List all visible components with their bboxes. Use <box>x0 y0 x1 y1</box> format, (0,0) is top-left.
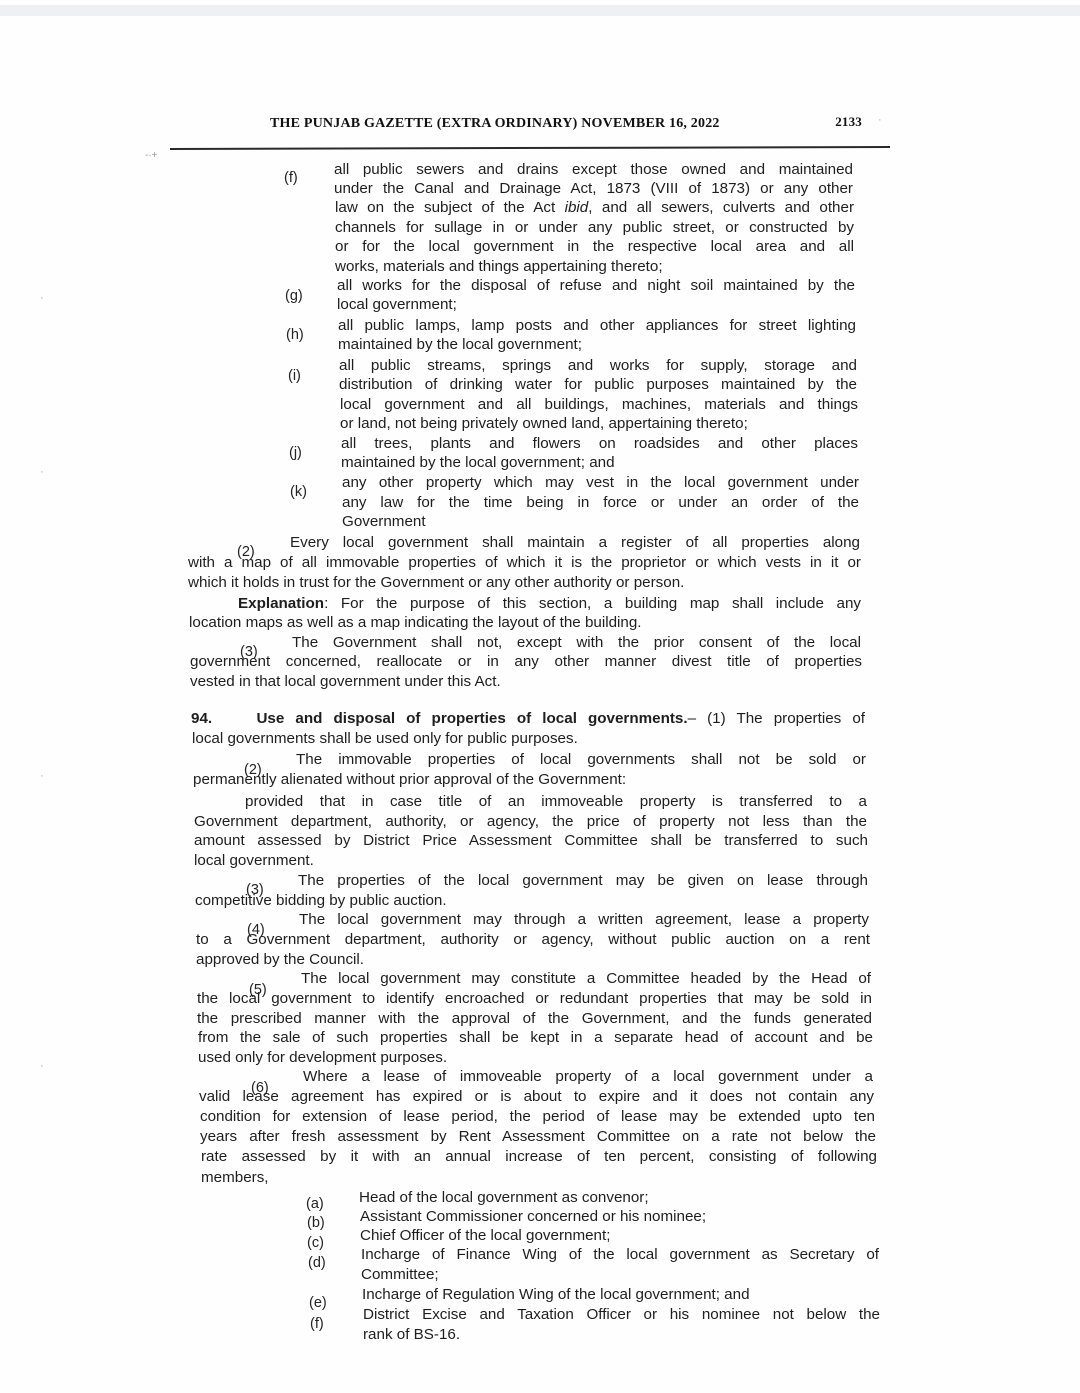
clause-label: (g) <box>285 288 303 304</box>
paragraph-line: local governments shall be used only for… <box>192 729 578 748</box>
scan-dot: · <box>40 466 44 478</box>
paragraph-line: from the sale of such properties shall b… <box>198 1028 873 1047</box>
paragraph-line: government concerned, reallocate or in a… <box>190 652 862 671</box>
paragraph-line: The immovable properties of local govern… <box>296 750 866 769</box>
clause-text-line: law on the subject of the Act ibid, and … <box>335 198 854 217</box>
member-label: (e) <box>309 1295 327 1311</box>
member-text-line: Assistant Commissioner concerned or his … <box>360 1207 706 1226</box>
paragraph-line: competitive bidding by public auction. <box>195 891 447 910</box>
member-label: (a) <box>306 1196 324 1212</box>
proviso-line: Government department, authority, or age… <box>194 812 867 831</box>
explanation-line: Explanation: For the purpose of this sec… <box>238 594 861 613</box>
clause-label: (f) <box>284 170 298 186</box>
clause-label: (j) <box>289 445 302 461</box>
paragraph-line: vested in that local government under th… <box>190 672 501 691</box>
clause-label: (h) <box>286 327 304 343</box>
clause-text-line: all trees, plants and flowers on roadsid… <box>341 434 858 453</box>
page-number: 2133 <box>835 114 862 130</box>
scan-artifact: -·+ <box>145 150 158 161</box>
member-text-line: Committee; <box>361 1265 439 1284</box>
scan-dot: · <box>40 1060 44 1072</box>
paragraph-line: years after fresh assessment by Rent Ass… <box>200 1127 876 1146</box>
clause-text-line: distribution of drinking water for publi… <box>339 375 857 394</box>
paragraph-line: condition for extension of lease period,… <box>200 1107 875 1126</box>
clause-text-line: all public sewers and drains except thos… <box>334 160 853 179</box>
scan-dot: · <box>40 770 44 782</box>
explanation-line: location maps as well as a map indicatin… <box>189 613 642 632</box>
section-94-heading-line: 94. Use and disposal of properties of lo… <box>191 709 865 728</box>
proviso-line: local government. <box>194 851 314 870</box>
paragraph-line: The local government may through a writt… <box>299 910 869 929</box>
member-text-line: Head of the local government as convenor… <box>359 1188 649 1207</box>
scan-dot: · <box>878 114 882 126</box>
paragraph-line: valid lease agreement has expired or is … <box>199 1087 874 1106</box>
gazette-title: THE PUNJAB GAZETTE (EXTRA ORDINARY) NOVE… <box>270 116 720 132</box>
paragraph-line: The local government may constitute a Co… <box>301 969 871 988</box>
clause-text-line: all public lamps, lamp posts and other a… <box>338 316 856 335</box>
member-text-line: Incharge of Finance Wing of the local go… <box>361 1245 879 1264</box>
member-label: (b) <box>307 1215 325 1231</box>
proviso-line: provided that in case title of an immove… <box>245 792 867 811</box>
clause-text-line: local government and all buildings, mach… <box>340 395 858 414</box>
clause-text-line: under the Canal and Drainage Act, 1873 (… <box>334 179 853 198</box>
clause-text-line: maintained by the local government; <box>338 335 582 354</box>
gazette-page: THE PUNJAB GAZETTE (EXTRA ORDINARY) NOVE… <box>0 0 1080 1393</box>
paragraph-line: which it holds in trust for the Governme… <box>188 573 684 592</box>
clause-text-line: any law for the time being in force or u… <box>342 493 859 512</box>
paragraph-line: members, <box>201 1168 269 1187</box>
paragraph-line: permanently alienated without prior appr… <box>193 770 626 789</box>
clause-text-line: maintained by the local government; and <box>341 453 615 472</box>
proviso-line: amount assessed by District Price Assess… <box>194 831 868 850</box>
paragraph-line: used only for development purposes. <box>198 1048 447 1067</box>
member-text-line: Incharge of Regulation Wing of the local… <box>362 1285 750 1304</box>
paragraph-line: Where a lease of immoveable property of … <box>303 1067 873 1086</box>
clause-text-line: Government <box>342 512 426 531</box>
clause-label: (k) <box>290 484 307 500</box>
clause-label: (i) <box>288 368 301 384</box>
paragraph-line: rate assessed by it with an annual incre… <box>201 1147 877 1166</box>
member-label: (d) <box>308 1255 326 1271</box>
scan-dot: · <box>40 292 44 304</box>
clause-text-line: all works for the disposal of refuse and… <box>337 276 855 295</box>
paragraph-line: the local government to identify encroac… <box>197 989 872 1008</box>
clause-text-line: local government; <box>337 295 457 314</box>
clause-text-line: or land, not being privately owned land,… <box>340 414 748 433</box>
clause-text-line: or for the local government in the respe… <box>335 237 854 256</box>
paragraph-line: to a Government department, authority or… <box>196 930 870 949</box>
clause-text-line: channels for sullage in or under any pub… <box>335 218 854 237</box>
clause-text-line: works, materials and things appertaining… <box>335 257 663 276</box>
member-label: (c) <box>307 1235 324 1251</box>
member-label: (f) <box>310 1316 324 1332</box>
paragraph-line: approved by the Council. <box>196 950 364 969</box>
section-number: 94. <box>191 710 212 727</box>
paragraph-line: The Government shall not, except with th… <box>292 633 861 652</box>
clause-text-line: any other property which may vest in the… <box>342 473 859 492</box>
member-text-line: Chief Officer of the local government; <box>360 1226 610 1245</box>
page-header: THE PUNJAB GAZETTE (EXTRA ORDINARY) NOVE… <box>270 112 860 138</box>
paragraph-line: the prescribed manner with the approval … <box>197 1009 872 1028</box>
paragraph-line: Every local government shall maintain a … <box>290 533 860 552</box>
member-text-line: District Excise and Taxation Officer or … <box>363 1305 880 1324</box>
paragraph-line: The properties of the local government m… <box>298 871 868 890</box>
paragraph-line: with a map of all immovable properties o… <box>188 553 861 572</box>
member-text-line: rank of BS-16. <box>363 1325 460 1344</box>
clause-text-line: all public streams, springs and works fo… <box>339 356 857 375</box>
header-rule <box>170 146 890 150</box>
explanation-label: Explanation <box>238 595 324 612</box>
section-heading: Use and disposal of properties of local … <box>256 710 687 727</box>
